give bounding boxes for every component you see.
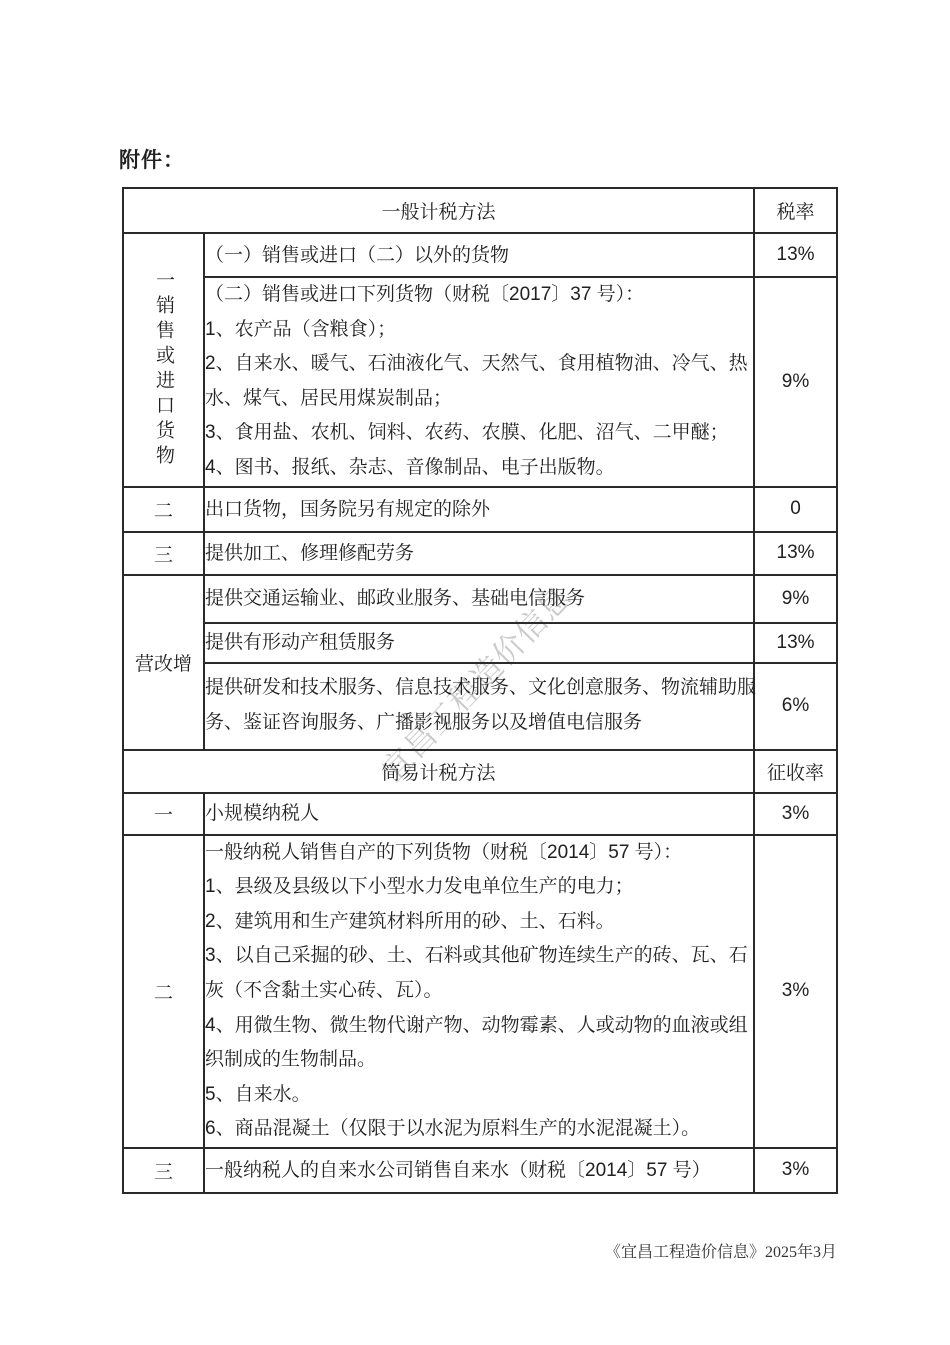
- cell-description: 小规模纳税人: [204, 793, 754, 835]
- cell-rate: 3%: [754, 835, 837, 1148]
- category1-vertical-label: 一销售或进口货物: [123, 233, 204, 487]
- page-footer: 《宜昌工程造价信息》2025年3月: [605, 1239, 837, 1262]
- simple-method-header-row: 简易计税方法 征收率: [123, 750, 837, 793]
- document-page: 附件： 宜昌工程造价信息 一般计税方法 税率 一销售或进口货物 （一）销售或进口…: [0, 0, 950, 1345]
- cell-description: 提供有形动产租赁服务: [204, 623, 754, 663]
- cell-rate: 6%: [754, 663, 837, 750]
- cell-rate: 3%: [754, 793, 837, 835]
- cell-description: 出口货物，国务院另有规定的除外: [204, 487, 754, 532]
- cell-rate: 13%: [754, 532, 837, 575]
- table-row: 二 出口货物，国务院另有规定的除外 0: [123, 487, 837, 532]
- collection-rate-header: 征收率: [754, 750, 837, 793]
- general-method-header-row: 一般计税方法 税率: [123, 188, 837, 233]
- cell-rate: 0: [754, 487, 837, 532]
- category3-label: 三: [123, 532, 204, 575]
- cell-rate: 13%: [754, 623, 837, 663]
- cell-rate: 9%: [754, 575, 837, 623]
- cell-description: 一般纳税人销售自产的下列货物（财税〔2014〕57 号）： 1、县级及县级以下小…: [204, 835, 754, 1148]
- category2-label: 二: [123, 487, 204, 532]
- cell-description: 提供研发和技术服务、信息技术服务、文化创意服务、物流辅助服 务、鉴证咨询服务、广…: [204, 663, 754, 750]
- general-method-title: 一般计税方法: [123, 188, 754, 233]
- cell-rate: 9%: [754, 277, 837, 487]
- table-row: （二）销售或进口下列货物（财税〔2017〕37 号）： 1、农产品（含粮食）； …: [123, 277, 837, 487]
- table-row: 三 一般纳税人的自来水公司销售自来水（财税〔2014〕57 号） 3%: [123, 1148, 837, 1193]
- table-row: 提供研发和技术服务、信息技术服务、文化创意服务、物流辅助服 务、鉴证咨询服务、广…: [123, 663, 837, 750]
- cell-description: 一般纳税人的自来水公司销售自来水（财税〔2014〕57 号）: [204, 1148, 754, 1193]
- cell-rate: 3%: [754, 1148, 837, 1193]
- simple-category1-label: 一: [123, 793, 204, 835]
- attachment-label: 附件：: [119, 144, 185, 174]
- table-row: 营改增 提供交通运输业、邮政业服务、基础电信服务 9%: [123, 575, 837, 623]
- cell-description: （二）销售或进口下列货物（财税〔2017〕37 号）： 1、农产品（含粮食）； …: [204, 277, 754, 487]
- table-row: 三 提供加工、修理修配劳务 13%: [123, 532, 837, 575]
- table-row: 一销售或进口货物 （一）销售或进口（二）以外的货物 13%: [123, 233, 837, 277]
- cell-description: 提供交通运输业、邮政业服务、基础电信服务: [204, 575, 754, 623]
- table-row: 提供有形动产租赁服务 13%: [123, 623, 837, 663]
- tax-rate-header: 税率: [754, 188, 837, 233]
- cell-description: 提供加工、修理修配劳务: [204, 532, 754, 575]
- table-row: 一 小规模纳税人 3%: [123, 793, 837, 835]
- table-row: 二 一般纳税人销售自产的下列货物（财税〔2014〕57 号）： 1、县级及县级以…: [123, 835, 837, 1148]
- simple-category2-label: 二: [123, 835, 204, 1148]
- simple-method-title: 简易计税方法: [123, 750, 754, 793]
- simple-category3-label: 三: [123, 1148, 204, 1193]
- cell-rate: 13%: [754, 233, 837, 277]
- vat-reform-label: 营改增: [123, 575, 204, 750]
- tax-rate-table: 一般计税方法 税率 一销售或进口货物 （一）销售或进口（二）以外的货物 13% …: [122, 187, 838, 1194]
- cell-description: （一）销售或进口（二）以外的货物: [204, 233, 754, 277]
